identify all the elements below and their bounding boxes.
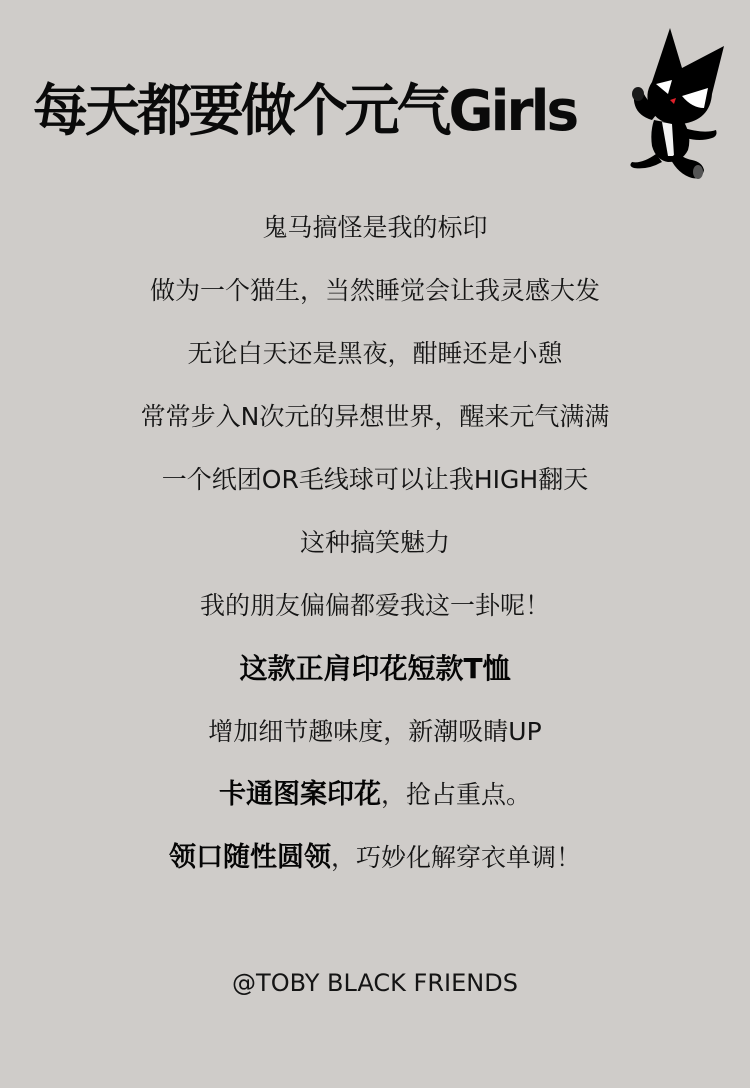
brand-credit: @TOBY BLACK FRIENDS [0,962,750,1004]
feature-line-print: 卡通图案印花，抢占重点。 [0,772,750,835]
feature-highlight: 领口随性圆领 [169,842,331,873]
description-lines: 鬼马搞怪是我的标印 做为一个猫生，当然睡觉会让我灵感大发 无论白天还是黑夜，酣睡… [0,205,750,898]
page-title: 每天都要做个元气Girls [33,74,576,150]
description-line: 我的朋友偏偏都爱我这一卦呢！ [0,583,750,646]
description-line: 这种搞笑魅力 [0,520,750,583]
description-line: 无论白天还是黑夜，酣睡还是小憩 [0,331,750,394]
description-line: 鬼马搞怪是我的标印 [0,205,750,268]
feature-text: ，巧妙化解穿衣单调！ [331,843,581,872]
feature-highlight: 卡通图案印花 [219,779,381,810]
description-line: 常常步入N次元的异想世界，醒来元气满满 [0,394,750,457]
description-line: 一个纸团OR毛线球可以让我HIGH翻天 [0,457,750,520]
description-line: 做为一个猫生，当然睡觉会让我灵感大发 [0,268,750,331]
description-line: 增加细节趣味度，新潮吸睛UP [0,709,750,772]
feature-line-collar: 领口随性圆领，巧妙化解穿衣单调！ [0,835,750,898]
feature-text: ，抢占重点。 [381,780,531,809]
product-heading: 这款正肩印花短款T恤 [0,646,750,709]
black-cat-mascot-icon [612,24,738,186]
